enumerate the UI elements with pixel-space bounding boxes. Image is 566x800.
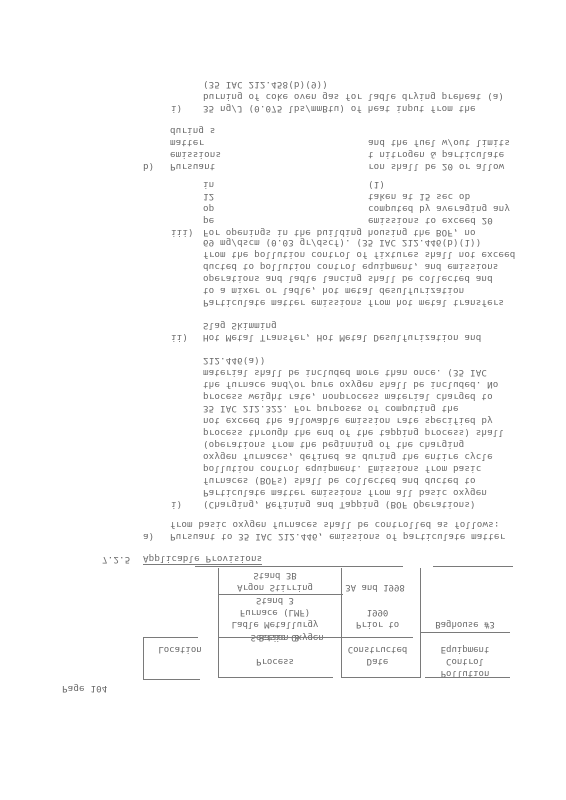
- para-b-label: b): [143, 160, 154, 172]
- para-a-line: from basic oxygen furnaces shall be cont…: [170, 518, 500, 530]
- para-b-left: during s: [170, 124, 215, 136]
- item-iii-right: taken at 15 sec ob: [368, 190, 470, 202]
- item-i-line: process weight rate, nonprocess material…: [203, 390, 493, 402]
- para-a-label: a): [143, 530, 154, 542]
- unit-cell-argon-1: Argon Stirring: [215, 581, 335, 593]
- item-i-line: process through the end of the tapping p…: [203, 426, 504, 438]
- item-b-i-line: (35 IAC 212.458(b)(9)): [203, 78, 328, 90]
- item-b-i-line: 35 ng/J (0.075 lbs/mmBtu) of heat input …: [203, 102, 476, 114]
- item-iii-label: iii): [171, 226, 194, 238]
- item-iii-right: (1): [368, 178, 385, 190]
- date-header-2: Constructed: [340, 643, 415, 655]
- table-border: [341, 568, 342, 678]
- item-ii-label: ii): [171, 331, 188, 343]
- item-i-line: the furnace and/or pure oxygen shall be …: [203, 378, 498, 390]
- control-header-2: Control: [420, 655, 510, 667]
- para-b-left: matter: [170, 136, 204, 148]
- date-cell-1: Prior to: [340, 618, 415, 630]
- item-iii-right: computed by averaging any: [368, 202, 510, 214]
- para-b-right: ron shall be 20 or allow: [368, 160, 504, 172]
- unit-line-2: Process: [215, 655, 335, 667]
- item-i-line: 35 IAC 212.322. For purposes of computin…: [203, 402, 459, 414]
- section-title: Applicable Provisions: [143, 552, 262, 565]
- para-b-right: and the fuel w/out limits: [368, 136, 510, 148]
- para-a-line: Pursuant to 35 IAC 212.446, emissions of…: [170, 530, 505, 542]
- control-header-3: Equipment: [420, 643, 510, 655]
- item-i-line: furnaces (BOFs) shall be collected and d…: [203, 474, 476, 486]
- item-ii-line: Particulate matter emissions from hot me…: [203, 296, 504, 308]
- date-cell-3: 3A and 1998: [335, 581, 415, 593]
- table-border: [218, 677, 333, 678]
- table-border: [218, 594, 343, 595]
- item-i-line: not exceed the allowable emission rate s…: [203, 414, 493, 426]
- item-iii-left: in: [203, 178, 214, 190]
- para-b-left: emissions: [170, 148, 221, 160]
- item-iii-heading: For openings in the building housing the…: [203, 226, 476, 238]
- table-border: [195, 566, 403, 567]
- table-border: [143, 637, 198, 638]
- item-iii-right: emissions to exceed 20: [368, 214, 493, 226]
- item-ii-heading-2: Slag Skimming: [203, 319, 277, 331]
- item-b-i-label: i): [171, 102, 182, 114]
- table-border: [218, 637, 413, 638]
- item-i-line: pollution control equipment. Emissions f…: [203, 462, 481, 474]
- table-border: [420, 632, 510, 633]
- section-number: 7.2.5: [102, 553, 130, 565]
- item-iii-left: pe: [203, 214, 214, 226]
- item-iii-left: op: [203, 202, 214, 214]
- item-ii-line: operations and ladle lancing shall be co…: [203, 272, 493, 284]
- page-footer: Page 104: [62, 682, 107, 694]
- item-iii-left: 12: [203, 190, 214, 202]
- unit-cell-argon-2: Stand 3B: [215, 569, 335, 581]
- item-ii-line: ducted to pollution control equipment, a…: [203, 260, 498, 272]
- unit-cell-lmf-3: Stand 3: [215, 594, 335, 606]
- item-i-label: i): [171, 498, 182, 510]
- para-b-left: Pursuant: [170, 160, 215, 172]
- document-page: Page 104 Location Basic Oxygen Process S…: [0, 0, 566, 800]
- control-cell-1: Baghouse #3: [420, 618, 510, 630]
- header-location: Location: [140, 643, 220, 655]
- item-ii-line: from the pollution control of fixtures s…: [203, 248, 515, 260]
- unit-cell-lmf-1: Ladle Metallurgy: [215, 618, 335, 630]
- table-border: [425, 677, 510, 678]
- item-i-line: material shall be included more than onc…: [203, 366, 487, 378]
- para-b-right: t nitrogen & particulate: [368, 148, 504, 160]
- table-border: [218, 568, 219, 678]
- table-border: [433, 566, 513, 567]
- table-border: [420, 568, 421, 678]
- table-border: [143, 679, 200, 680]
- item-b-i-line: burning of coke oven gas for ladle dryin…: [203, 90, 504, 102]
- item-i-line: 212.446(a)): [203, 354, 266, 366]
- table-border: [341, 677, 421, 678]
- date-cell-2: 1990: [340, 606, 415, 618]
- date-header: Date: [340, 655, 415, 667]
- item-ii-heading: Hot Metal Transfer, Hot Metal Desulfuriz…: [203, 331, 481, 343]
- item-ii-line: to a mixer or ladle, hot metal desulfuri…: [203, 284, 464, 296]
- item-i-line: Particulate matter emissions from all ba…: [203, 486, 487, 498]
- table-border: [143, 638, 144, 680]
- unit-cell-lmf-2: Furnace (LMF): [215, 606, 335, 618]
- item-i-line: oxygen furnaces, defined as during the e…: [203, 450, 493, 462]
- item-i-heading: (Charging, Refining and Tapping (BOF Ope…: [203, 498, 476, 510]
- item-i-line: (operations from the beginning of the ch…: [203, 438, 464, 450]
